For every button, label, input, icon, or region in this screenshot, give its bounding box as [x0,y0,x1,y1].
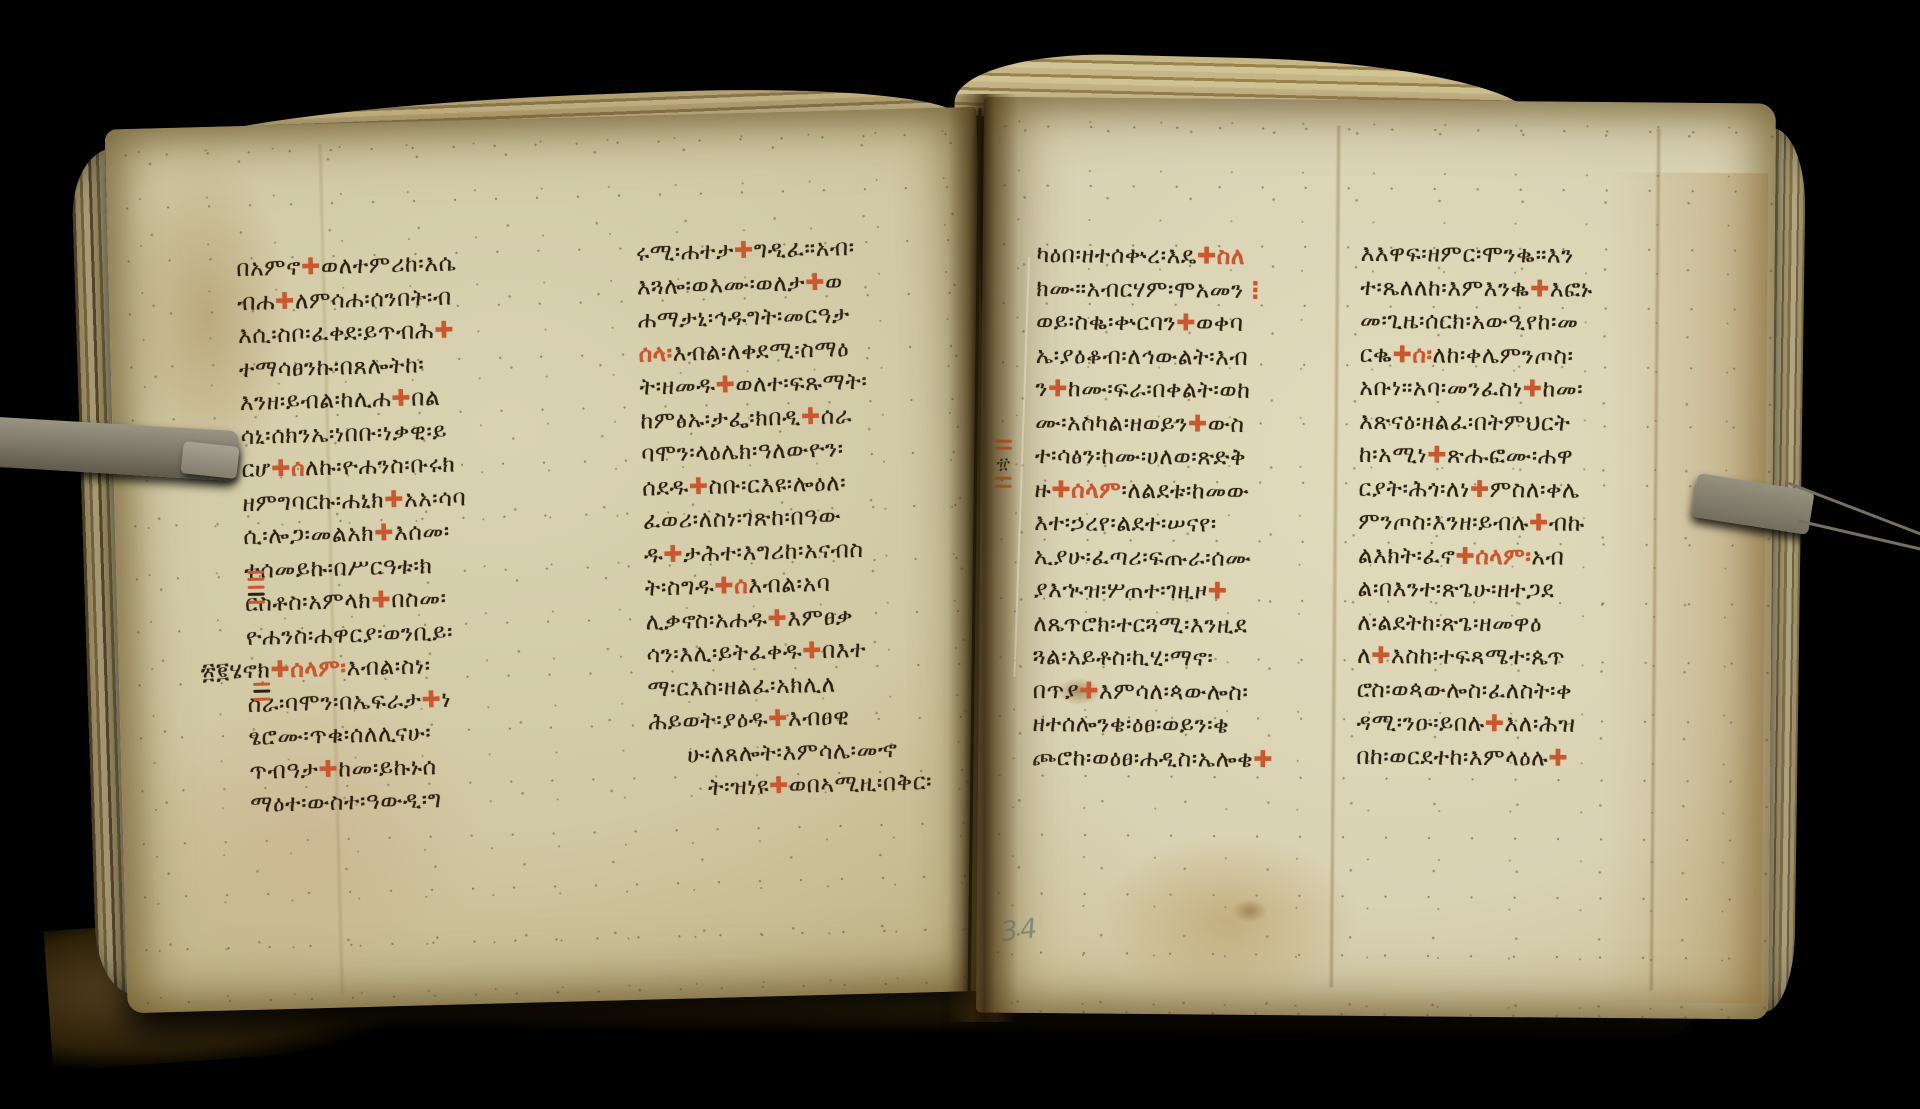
right-page-column-1: ካዕበ፡ዘተሰቍረ፡እዴ✚ስለክሙ።አብርሃም፡ሞአመን⋮ወይ፡ስቈ፡ቍርባን✚… [1032,239,1325,777]
stain [1232,899,1268,923]
right-page: ፹ ካዕበ፡ዘተሰቍረ፡እዴ✚ስለክሙ።አብርሃም፡ሞአመን⋮ወይ፡ስቈ፡ቍርባ… [976,97,1776,1020]
gutter-shadow [948,94,1018,1022]
page-crease [1328,126,1342,988]
left-page-column-1: በአምኖ✚ወለተምሪከ፡እሴብሐ✚ለምሳሐ፡ሰንበት፡ብእሲ፡ስቦ፡ፈቀደ፡ይጥ… [236,243,629,822]
marginal-ornament-dashes [253,677,271,704]
stain [1094,830,1366,1012]
right-page-column-2: እእዋፍ፡ዘምር፡ሞንቈ።እንተ፡ጼለለከ፡እምእንቈ✚እፎኑመ፡ጊዜ፡ሰርክ፡… [1356,238,1667,777]
manuscript-photo: በአምኖ✚ወለተምሪከ፡እሴብሐ✚ለምሳሐ፡ሰንበት፡ብእሲ፡ስቦ፡ፈቀደ፡ይጥ… [0,0,1920,1109]
left-page: በአምኖ✚ወለተምሪከ፡እሴብሐ✚ለምሳሐ፡ሰንበት፡ብእሲ፡ስቦ፡ፈቀደ፡ይጥ… [105,107,1000,1014]
marginal-ornament-dashes [247,566,265,608]
left-binding-strap-end [180,441,239,479]
left-page-column-2: ሩሚ፡ሐተታ✚ግዲፈ።አብ፡እጓሎ፡ወእሙ፡ወለታ✚ወሐማታኒ፡ኅዱግት፡መርዓ… [636,229,995,807]
